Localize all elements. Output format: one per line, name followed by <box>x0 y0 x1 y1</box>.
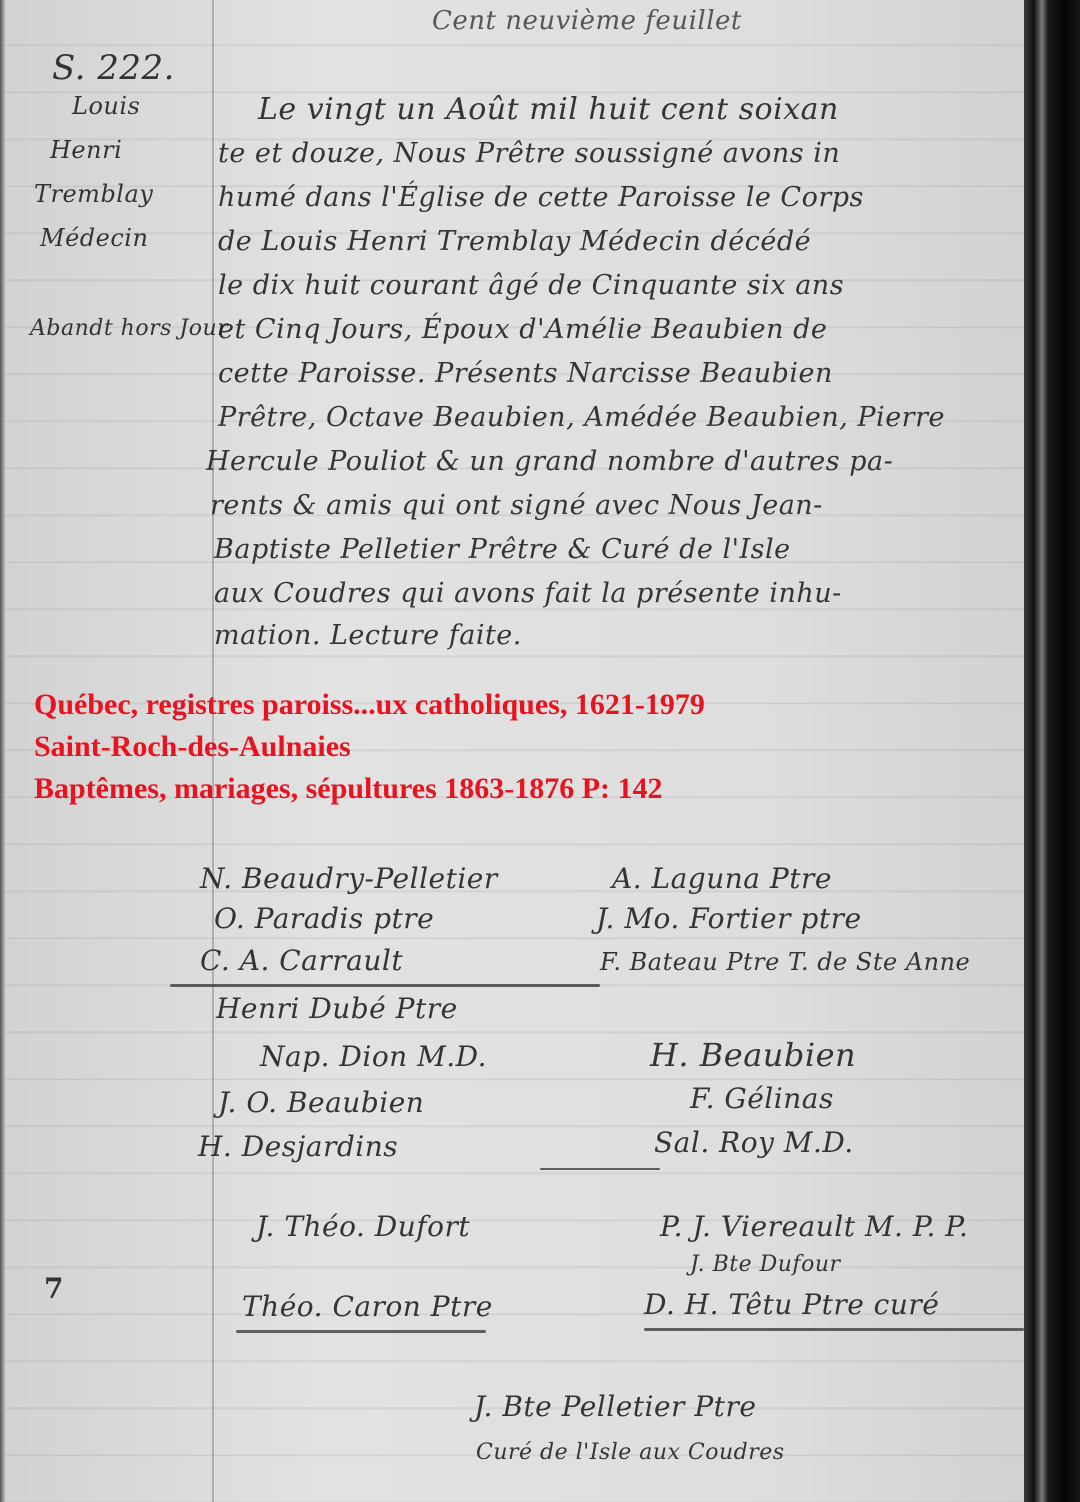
signature-flourish <box>236 1330 486 1333</box>
signature-flourish <box>540 1168 660 1170</box>
margin-name-2: Henri <box>50 136 122 164</box>
caption-parish: Saint-Roch-des-Aulnaies <box>34 726 705 768</box>
margin-name-3: Tremblay <box>34 180 153 208</box>
body-line: et Cinq Jours, Époux d'Amélie Beaubien d… <box>218 314 827 345</box>
source-caption: Québec, registres paroiss...ux catholiqu… <box>34 684 705 810</box>
signature-right: H. Beaubien <box>650 1036 856 1074</box>
signature-left: Henri Dubé Ptre <box>216 992 458 1025</box>
signature-right: P. J. Viereault M. P. P. <box>660 1210 968 1243</box>
register-page-scan: Cent neuvième feuillet S. 222. Louis Hen… <box>0 0 1080 1502</box>
signature-right: J. Bte Dufour <box>690 1252 841 1277</box>
body-line: Hercule Pouliot & un grand nombre d'autr… <box>206 446 893 477</box>
folio-header: Cent neuvième feuillet <box>432 6 742 36</box>
signature-left: Nap. Dion M.D. <box>260 1040 487 1073</box>
body-line: Le vingt un Août mil huit cent soixan <box>258 92 839 127</box>
signature-left: Théo. Caron Ptre <box>242 1290 493 1323</box>
body-line: rents & amis qui ont signé avec Nous Jea… <box>210 490 823 521</box>
folio-number: S. 222. <box>52 48 175 88</box>
signature-left: N. Beaudry-Pelletier <box>200 862 498 895</box>
margin-mark: 7 <box>44 1272 64 1305</box>
body-line: Prêtre, Octave Beaubien, Amédée Beaubien… <box>218 402 945 433</box>
page-left-edge <box>0 0 5 1502</box>
body-line: aux Coudres qui avons fait la présente i… <box>214 578 842 609</box>
caption-record-set: Baptêmes, mariages, sépultures 1863-1876… <box>34 768 705 810</box>
book-binding-edge <box>1024 0 1080 1502</box>
signature-right: A. Laguna Ptre <box>612 862 832 895</box>
signature-flourish <box>644 1328 1024 1331</box>
margin-sub-note: Abandt hors Jour <box>30 316 228 341</box>
body-line: de Louis Henri Tremblay Médecin décédé <box>218 226 811 257</box>
body-line: Baptiste Pelletier Prêtre & Curé de l'Is… <box>214 534 791 565</box>
margin-name-1: Louis <box>72 92 140 120</box>
signature-left: H. Desjardins <box>198 1130 398 1163</box>
signature-right: J. Mo. Fortier ptre <box>596 902 862 935</box>
body-line: mation. Lecture faite. <box>214 620 522 651</box>
signature-flourish <box>170 984 600 987</box>
body-line: cette Paroisse. Présents Narcisse Beaubi… <box>218 358 833 389</box>
signature-right: Sal. Roy M.D. <box>654 1126 854 1159</box>
signature-left: J. O. Beaubien <box>218 1086 424 1119</box>
caption-collection: Québec, registres paroiss...ux catholiqu… <box>34 684 705 726</box>
closing-signature: J. Bte Pelletier Ptre <box>474 1390 756 1423</box>
closing-title: Curé de l'Isle aux Coudres <box>476 1440 785 1465</box>
body-line: te et douze, Nous Prêtre soussigné avons… <box>218 138 840 169</box>
signature-right: F. Bateau Ptre T. de Ste Anne <box>600 948 970 976</box>
signature-right: D. H. Têtu Ptre curé <box>644 1288 939 1321</box>
signature-left: C. A. Carrault <box>200 944 403 977</box>
body-line: le dix huit courant âgé de Cinquante six… <box>218 270 844 301</box>
body-line: humé dans l'Église de cette Paroisse le … <box>218 182 864 213</box>
signature-left: J. Théo. Dufort <box>256 1210 470 1243</box>
signature-right: F. Gélinas <box>690 1082 834 1115</box>
margin-name-4: Médecin <box>40 224 148 252</box>
signature-left: O. Paradis ptre <box>214 902 434 935</box>
